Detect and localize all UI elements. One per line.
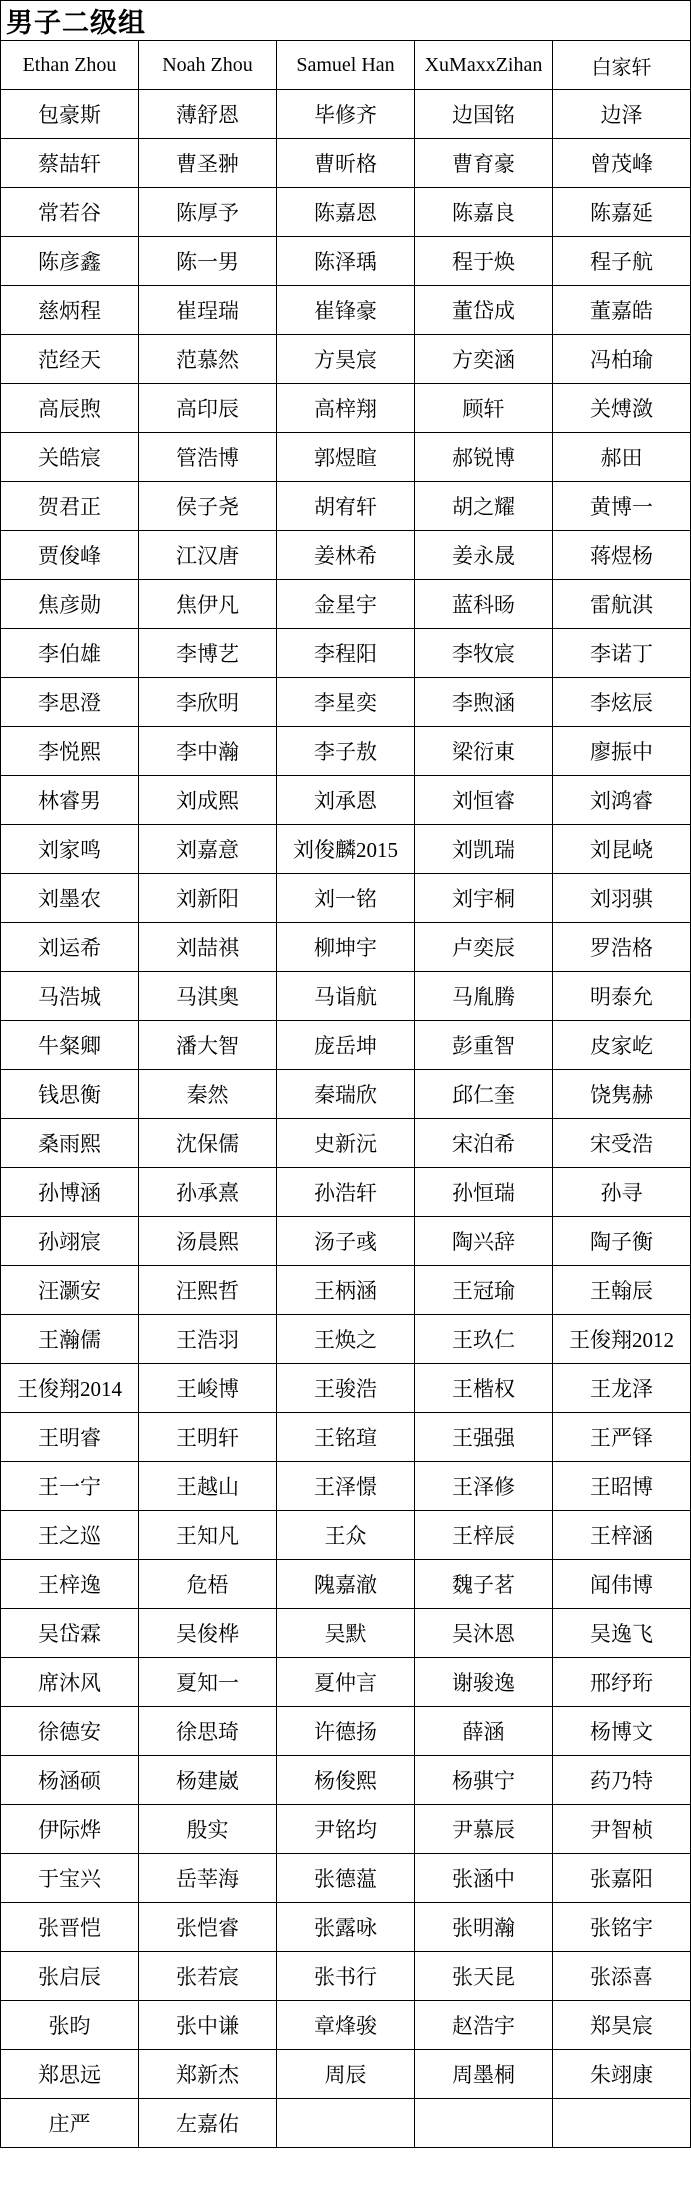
table-row: 刘运希刘喆祺柳坤宇卢奕辰罗浩格 xyxy=(1,923,691,972)
name-cell: 庞岳坤 xyxy=(277,1021,415,1070)
name-cell: 刘喆祺 xyxy=(139,923,277,972)
name-cell: 李牧宸 xyxy=(415,629,553,678)
table-row: 吴岱霖吴俊桦吴默吴沐恩吴逸飞 xyxy=(1,1609,691,1658)
name-cell: 关煿潋 xyxy=(553,384,691,433)
name-cell: 闻伟博 xyxy=(553,1560,691,1609)
name-cell: 王泽修 xyxy=(415,1462,553,1511)
name-cell: 王楷权 xyxy=(415,1364,553,1413)
group-title: 男子二级组 xyxy=(1,1,691,41)
name-cell: 陈嘉良 xyxy=(415,188,553,237)
name-cell: 卢奕辰 xyxy=(415,923,553,972)
name-cell: 曹昕格 xyxy=(277,139,415,188)
name-cell: 魏子茗 xyxy=(415,1560,553,1609)
name-cell: 张明瀚 xyxy=(415,1903,553,1952)
name-cell: 吴俊桦 xyxy=(139,1609,277,1658)
name-cell: 王玖仁 xyxy=(415,1315,553,1364)
name-cell: 彭重智 xyxy=(415,1021,553,1070)
name-cell: 王龙泽 xyxy=(553,1364,691,1413)
name-cell: 关皓宸 xyxy=(1,433,139,482)
name-cell: 孙承熹 xyxy=(139,1168,277,1217)
name-cell: 郑新杰 xyxy=(139,2050,277,2099)
name-cell xyxy=(415,2099,553,2148)
name-cell: 刘嘉意 xyxy=(139,825,277,874)
name-cell: 王俊翔2014 xyxy=(1,1364,139,1413)
name-cell: 曾茂峰 xyxy=(553,139,691,188)
name-cell: 李欣明 xyxy=(139,678,277,727)
name-cell: 马淇奥 xyxy=(139,972,277,1021)
name-cell: 李中瀚 xyxy=(139,727,277,776)
name-cell: 张涵中 xyxy=(415,1854,553,1903)
name-cell: 孙翊宸 xyxy=(1,1217,139,1266)
name-cell: 史新沅 xyxy=(277,1119,415,1168)
name-cell: 包豪斯 xyxy=(1,90,139,139)
name-cell: 刘新阳 xyxy=(139,874,277,923)
name-cell: 孙寻 xyxy=(553,1168,691,1217)
name-cell: Ethan Zhou xyxy=(1,41,139,90)
name-cell: 张铭宇 xyxy=(553,1903,691,1952)
name-cell: 侯子尧 xyxy=(139,482,277,531)
table-row: 张昀张中谦章烽骏赵浩宇郑昊宸 xyxy=(1,2001,691,2050)
name-cell: 程子航 xyxy=(553,237,691,286)
name-cell: 殷实 xyxy=(139,1805,277,1854)
name-cell: 王梓逸 xyxy=(1,1560,139,1609)
name-cell: 章烽骏 xyxy=(277,2001,415,2050)
name-cell: 贾俊峰 xyxy=(1,531,139,580)
name-cell: 宋泊希 xyxy=(415,1119,553,1168)
name-cell: 杨骐宁 xyxy=(415,1756,553,1805)
table-row: 李伯雄李博艺李程阳李牧宸李诺丁 xyxy=(1,629,691,678)
name-cell: 李悦熙 xyxy=(1,727,139,776)
name-cell: 王冠瑜 xyxy=(415,1266,553,1315)
name-cell: 马浩城 xyxy=(1,972,139,1021)
name-cell: 姜林希 xyxy=(277,531,415,580)
name-cell: 杨俊熙 xyxy=(277,1756,415,1805)
table-row: 王俊翔2014王峻博王骏浩王楷权王龙泽 xyxy=(1,1364,691,1413)
name-cell: 伊际烨 xyxy=(1,1805,139,1854)
name-cell: 李炫辰 xyxy=(553,678,691,727)
name-cell: 董嘉皓 xyxy=(553,286,691,335)
name-cell: 王焕之 xyxy=(277,1315,415,1364)
name-cell: 刘运希 xyxy=(1,923,139,972)
table-row: 桑雨熙沈保儒史新沅宋泊希宋受浩 xyxy=(1,1119,691,1168)
name-cell: 陶兴辞 xyxy=(415,1217,553,1266)
table-row: 王瀚儒王浩羽王焕之王玖仁王俊翔2012 xyxy=(1,1315,691,1364)
table-row: 刘墨农刘新阳刘一铭刘宇桐刘羽骐 xyxy=(1,874,691,923)
name-cell: 张中谦 xyxy=(139,2001,277,2050)
name-cell: 姜永晟 xyxy=(415,531,553,580)
name-cell: 郭煜暄 xyxy=(277,433,415,482)
name-cell: 郑思远 xyxy=(1,2050,139,2099)
name-cell: 王柄涵 xyxy=(277,1266,415,1315)
table-row: 牛粲卿潘大智庞岳坤彭重智皮家屹 xyxy=(1,1021,691,1070)
name-cell: 林睿男 xyxy=(1,776,139,825)
name-cell: 汪灏安 xyxy=(1,1266,139,1315)
name-cell: 刘家鸣 xyxy=(1,825,139,874)
name-cell: 沈保儒 xyxy=(139,1119,277,1168)
name-cell: 吴逸飞 xyxy=(553,1609,691,1658)
name-cell: 李博艺 xyxy=(139,629,277,678)
table-row: 于宝兴岳莘海张德蕰张涵中张嘉阳 xyxy=(1,1854,691,1903)
name-cell: 周辰 xyxy=(277,2050,415,2099)
name-cell: 席沐风 xyxy=(1,1658,139,1707)
name-cell: 崔锋豪 xyxy=(277,286,415,335)
name-cell: 高梓翔 xyxy=(277,384,415,433)
table-row: 范经天范慕然方昊宸方奕涵冯柏瑜 xyxy=(1,335,691,384)
name-cell: 边国铭 xyxy=(415,90,553,139)
name-cell: 杨涵硕 xyxy=(1,1756,139,1805)
name-cell: 陈嘉恩 xyxy=(277,188,415,237)
name-cell: 薛涵 xyxy=(415,1707,553,1756)
name-cell: 王越山 xyxy=(139,1462,277,1511)
name-cell: 桑雨熙 xyxy=(1,1119,139,1168)
name-cell: 蓝科旸 xyxy=(415,580,553,629)
name-cell: 汪熙哲 xyxy=(139,1266,277,1315)
name-cell: 张若宸 xyxy=(139,1952,277,2001)
name-cell: 高辰煦 xyxy=(1,384,139,433)
table-row: 焦彦勋焦伊凡金星宇蓝科旸雷航淇 xyxy=(1,580,691,629)
name-cell: 尹慕辰 xyxy=(415,1805,553,1854)
name-cell: 孙浩轩 xyxy=(277,1168,415,1217)
name-cell: 柳坤宇 xyxy=(277,923,415,972)
name-cell: 焦彦勋 xyxy=(1,580,139,629)
name-cell: 杨博文 xyxy=(553,1707,691,1756)
name-cell: 刘鸿睿 xyxy=(553,776,691,825)
table-row: 包豪斯薄舒恩毕修齐边国铭边泽 xyxy=(1,90,691,139)
name-cell: 蔡喆轩 xyxy=(1,139,139,188)
name-cell: 隗嘉澈 xyxy=(277,1560,415,1609)
table-row: 王梓逸危梧隗嘉澈魏子茗闻伟博 xyxy=(1,1560,691,1609)
name-cell: 冯柏瑜 xyxy=(553,335,691,384)
name-cell: 刘成熙 xyxy=(139,776,277,825)
name-cell: 刘俊麟2015 xyxy=(277,825,415,874)
name-cell: 危梧 xyxy=(139,1560,277,1609)
name-cell: 夏知一 xyxy=(139,1658,277,1707)
name-cell: 王梓辰 xyxy=(415,1511,553,1560)
table-row: 孙博涵孙承熹孙浩轩孙恒瑞孙寻 xyxy=(1,1168,691,1217)
table-row: 杨涵硕杨建崴杨俊熙杨骐宁药乃特 xyxy=(1,1756,691,1805)
name-cell: 钱思衡 xyxy=(1,1070,139,1119)
name-cell: 王知凡 xyxy=(139,1511,277,1560)
name-cell: 刘恒睿 xyxy=(415,776,553,825)
name-cell: 薄舒恩 xyxy=(139,90,277,139)
name-cell: 许德扬 xyxy=(277,1707,415,1756)
table-row: Ethan ZhouNoah ZhouSamuel HanXuMaxxZihan… xyxy=(1,41,691,90)
name-cell: 董岱成 xyxy=(415,286,553,335)
name-cell: 刘羽骐 xyxy=(553,874,691,923)
name-cell: 张恺睿 xyxy=(139,1903,277,1952)
name-cell: 岳莘海 xyxy=(139,1854,277,1903)
name-cell: 慈炳程 xyxy=(1,286,139,335)
table-row: 张晋恺张恺睿张露咏张明瀚张铭宇 xyxy=(1,1903,691,1952)
name-cell: 张书行 xyxy=(277,1952,415,2001)
name-cell: 赵浩宇 xyxy=(415,2001,553,2050)
name-cell: 宋受浩 xyxy=(553,1119,691,1168)
name-cell: 王浩羽 xyxy=(139,1315,277,1364)
name-cell: 明泰允 xyxy=(553,972,691,1021)
table-row: 郑思远郑新杰周辰周墨桐朱翊康 xyxy=(1,2050,691,2099)
table-row: 王一宁王越山王泽憬王泽修王昭博 xyxy=(1,1462,691,1511)
roster-table: 男子二级组 Ethan ZhouNoah ZhouSamuel HanXuMax… xyxy=(0,0,691,2148)
table-row: 张启辰张若宸张书行张天昆张添喜 xyxy=(1,1952,691,2001)
name-cell: 左嘉佑 xyxy=(139,2099,277,2148)
table-row: 王明睿王明轩王铭瑄王强强王严铎 xyxy=(1,1413,691,1462)
table-row: 贾俊峰江汉唐姜林希姜永晟蒋煜杨 xyxy=(1,531,691,580)
name-cell: 王强强 xyxy=(415,1413,553,1462)
name-cell: 夏仲言 xyxy=(277,1658,415,1707)
name-cell: 陈一男 xyxy=(139,237,277,286)
name-cell: 王梓涵 xyxy=(553,1511,691,1560)
table-row: 徐德安徐思琦许德扬薛涵杨博文 xyxy=(1,1707,691,1756)
name-cell: 张启辰 xyxy=(1,1952,139,2001)
name-cell: 王瀚儒 xyxy=(1,1315,139,1364)
name-cell: 郑昊宸 xyxy=(553,2001,691,2050)
name-cell: 王骏浩 xyxy=(277,1364,415,1413)
name-cell: 陈嘉延 xyxy=(553,188,691,237)
name-cell: 秦然 xyxy=(139,1070,277,1119)
name-cell xyxy=(277,2099,415,2148)
name-cell: 郝田 xyxy=(553,433,691,482)
name-cell: 李星奕 xyxy=(277,678,415,727)
name-cell: 曹育豪 xyxy=(415,139,553,188)
table-row: 伊际烨殷实尹铭均尹慕辰尹智桢 xyxy=(1,1805,691,1854)
table-row: 庄严左嘉佑 xyxy=(1,2099,691,2148)
table-row: 刘家鸣刘嘉意刘俊麟2015刘凯瑞刘昆峣 xyxy=(1,825,691,874)
name-cell: 廖振中 xyxy=(553,727,691,776)
name-cell: 陈厚予 xyxy=(139,188,277,237)
table-row: 陈彦鑫陈一男陈泽瑀程于焕程子航 xyxy=(1,237,691,286)
table-row: 席沐风夏知一夏仲言谢骏逸邢纾珩 xyxy=(1,1658,691,1707)
table-row: 关皓宸管浩博郭煜暄郝锐博郝田 xyxy=(1,433,691,482)
name-cell: 尹铭均 xyxy=(277,1805,415,1854)
name-cell: 王之巡 xyxy=(1,1511,139,1560)
name-cell: 杨建崴 xyxy=(139,1756,277,1805)
name-cell: 高印辰 xyxy=(139,384,277,433)
name-cell: 崔珵瑞 xyxy=(139,286,277,335)
table-row: 慈炳程崔珵瑞崔锋豪董岱成董嘉皓 xyxy=(1,286,691,335)
name-cell: 汤晨熙 xyxy=(139,1217,277,1266)
name-cell: 徐德安 xyxy=(1,1707,139,1756)
name-cell: 曹圣翀 xyxy=(139,139,277,188)
name-cell: 陈彦鑫 xyxy=(1,237,139,286)
name-cell: 毕修齐 xyxy=(277,90,415,139)
name-cell: 朱翊康 xyxy=(553,2050,691,2099)
name-cell: XuMaxxZihan xyxy=(415,41,553,90)
table-row: 孙翊宸汤晨熙汤子彧陶兴辞陶子衡 xyxy=(1,1217,691,1266)
name-cell: 王昭博 xyxy=(553,1462,691,1511)
name-cell: 蒋煜杨 xyxy=(553,531,691,580)
name-cell: 王一宁 xyxy=(1,1462,139,1511)
name-cell: 张昀 xyxy=(1,2001,139,2050)
name-cell: 于宝兴 xyxy=(1,1854,139,1903)
name-cell: 马胤腾 xyxy=(415,972,553,1021)
name-cell: 张晋恺 xyxy=(1,1903,139,1952)
name-cell: Noah Zhou xyxy=(139,41,277,90)
name-cell: 李伯雄 xyxy=(1,629,139,678)
name-cell: 郝锐博 xyxy=(415,433,553,482)
name-cell: 黄博一 xyxy=(553,482,691,531)
name-cell: 刘一铭 xyxy=(277,874,415,923)
name-cell: 徐思琦 xyxy=(139,1707,277,1756)
name-cell: 李子敖 xyxy=(277,727,415,776)
name-cell xyxy=(553,2099,691,2148)
name-cell: 李程阳 xyxy=(277,629,415,678)
table-row: 王之巡王知凡王众王梓辰王梓涵 xyxy=(1,1511,691,1560)
name-cell: 庄严 xyxy=(1,2099,139,2148)
roster-document: 男子二级组 Ethan ZhouNoah ZhouSamuel HanXuMax… xyxy=(0,0,691,2148)
name-cell: 王翰辰 xyxy=(553,1266,691,1315)
name-cell: 汤子彧 xyxy=(277,1217,415,1266)
name-cell: 秦瑞欣 xyxy=(277,1070,415,1119)
name-cell: 牛粲卿 xyxy=(1,1021,139,1070)
name-cell: 孙博涵 xyxy=(1,1168,139,1217)
table-row: 李思澄李欣明李星奕李煦涵李炫辰 xyxy=(1,678,691,727)
table-row: 常若谷陈厚予陈嘉恩陈嘉良陈嘉延 xyxy=(1,188,691,237)
name-cell: 吴默 xyxy=(277,1609,415,1658)
name-cell: 张天昆 xyxy=(415,1952,553,2001)
table-row: 汪灏安汪熙哲王柄涵王冠瑜王翰辰 xyxy=(1,1266,691,1315)
name-cell: 胡宥轩 xyxy=(277,482,415,531)
name-cell: 周墨桐 xyxy=(415,2050,553,2099)
table-row: 贺君正侯子尧胡宥轩胡之耀黄博一 xyxy=(1,482,691,531)
name-cell: 谢骏逸 xyxy=(415,1658,553,1707)
name-cell: 范经天 xyxy=(1,335,139,384)
name-cell: 雷航淇 xyxy=(553,580,691,629)
name-cell: 金星宇 xyxy=(277,580,415,629)
name-cell: 王明睿 xyxy=(1,1413,139,1462)
table-row: 李悦熙李中瀚李子敖梁衍東廖振中 xyxy=(1,727,691,776)
name-cell: 范慕然 xyxy=(139,335,277,384)
name-cell: 刘承恩 xyxy=(277,776,415,825)
name-cell: 刘墨农 xyxy=(1,874,139,923)
name-cell: 张露咏 xyxy=(277,1903,415,1952)
name-cell: 刘凯瑞 xyxy=(415,825,553,874)
name-cell: 陈泽瑀 xyxy=(277,237,415,286)
name-cell: 管浩博 xyxy=(139,433,277,482)
name-cell: 刘宇桐 xyxy=(415,874,553,923)
table-row: 高辰煦高印辰高梓翔顾轩关煿潋 xyxy=(1,384,691,433)
name-cell: 饶隽赫 xyxy=(553,1070,691,1119)
name-cell: 邱仁奎 xyxy=(415,1070,553,1119)
name-cell: 王峻博 xyxy=(139,1364,277,1413)
name-cell: 尹智桢 xyxy=(553,1805,691,1854)
name-cell: Samuel Han xyxy=(277,41,415,90)
name-cell: 王泽憬 xyxy=(277,1462,415,1511)
title-row: 男子二级组 xyxy=(1,1,691,41)
name-cell: 潘大智 xyxy=(139,1021,277,1070)
name-cell: 邢纾珩 xyxy=(553,1658,691,1707)
name-cell: 罗浩格 xyxy=(553,923,691,972)
name-cell: 李煦涵 xyxy=(415,678,553,727)
name-cell: 王明轩 xyxy=(139,1413,277,1462)
name-cell: 张嘉阳 xyxy=(553,1854,691,1903)
name-cell: 王俊翔2012 xyxy=(553,1315,691,1364)
name-cell: 张德蕰 xyxy=(277,1854,415,1903)
name-cell: 王铭瑄 xyxy=(277,1413,415,1462)
roster-table-body: 男子二级组 Ethan ZhouNoah ZhouSamuel HanXuMax… xyxy=(1,1,691,2148)
name-cell: 吴沐恩 xyxy=(415,1609,553,1658)
name-cell: 马诣航 xyxy=(277,972,415,1021)
name-cell: 刘昆峣 xyxy=(553,825,691,874)
name-cell: 张添喜 xyxy=(553,1952,691,2001)
name-cell: 边泽 xyxy=(553,90,691,139)
name-cell: 李诺丁 xyxy=(553,629,691,678)
name-cell: 王众 xyxy=(277,1511,415,1560)
name-cell: 梁衍東 xyxy=(415,727,553,776)
name-cell: 方昊宸 xyxy=(277,335,415,384)
table-row: 钱思衡秦然秦瑞欣邱仁奎饶隽赫 xyxy=(1,1070,691,1119)
name-cell: 药乃特 xyxy=(553,1756,691,1805)
table-row: 蔡喆轩曹圣翀曹昕格曹育豪曾茂峰 xyxy=(1,139,691,188)
name-cell: 江汉唐 xyxy=(139,531,277,580)
name-cell: 胡之耀 xyxy=(415,482,553,531)
table-row: 林睿男刘成熙刘承恩刘恒睿刘鸿睿 xyxy=(1,776,691,825)
name-cell: 方奕涵 xyxy=(415,335,553,384)
table-row: 马浩城马淇奥马诣航马胤腾明泰允 xyxy=(1,972,691,1021)
name-cell: 王严铎 xyxy=(553,1413,691,1462)
name-cell: 顾轩 xyxy=(415,384,553,433)
name-cell: 皮家屹 xyxy=(553,1021,691,1070)
name-cell: 贺君正 xyxy=(1,482,139,531)
name-cell: 陶子衡 xyxy=(553,1217,691,1266)
name-cell: 白家轩 xyxy=(553,41,691,90)
name-cell: 李思澄 xyxy=(1,678,139,727)
name-cell: 焦伊凡 xyxy=(139,580,277,629)
name-cell: 程于焕 xyxy=(415,237,553,286)
name-cell: 孙恒瑞 xyxy=(415,1168,553,1217)
name-cell: 吴岱霖 xyxy=(1,1609,139,1658)
name-cell: 常若谷 xyxy=(1,188,139,237)
